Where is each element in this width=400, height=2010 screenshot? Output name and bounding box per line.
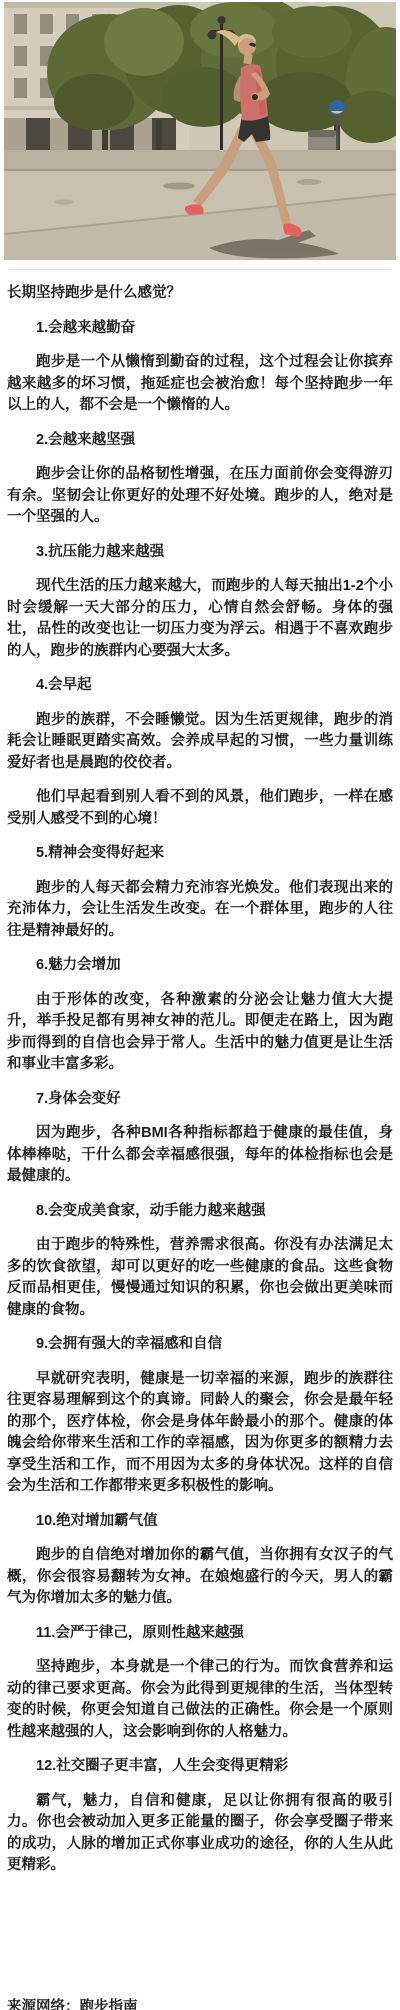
section-heading-7: 7.身体会变好 xyxy=(7,1089,393,1111)
section-heading-11: 11.会严于律己，原则性越来越强 xyxy=(7,1623,393,1645)
section-paragraph: 早就研究表明，健康是一切幸福的来源，跑步的族群往往更容易理解到这个的真谛。同龄人… xyxy=(7,1369,393,1498)
section-paragraph: 现代生活的压力越来越大，而跑步的人每天抽出1-2个小时会缓解一天大部分的压力，心… xyxy=(7,576,393,662)
article-body: 长期坚持跑步是什么感觉？ 1.会越来越勤奋 跑步是一个从懒惰到勤奋的过程，这个过… xyxy=(0,270,400,1877)
section-paragraph: 因为跑步，各种BMI各种指标都趋于健康的最佳值，身体棒棒哒，干什么都会幸福感很强… xyxy=(7,1123,393,1188)
section-heading-2: 2.会越来越坚强 xyxy=(7,430,393,452)
section-heading-4: 4.会早起 xyxy=(7,675,393,697)
runner-street-scene xyxy=(4,2,396,260)
section-heading-6: 6.魅力会增加 xyxy=(7,955,393,977)
section-heading-3: 3.抗压能力越来越强 xyxy=(7,542,393,564)
section-paragraph: 坚持跑步，本身就是一个律己的行为。而饮食营养和运动的律己要求更高。你会为此得到更… xyxy=(7,1657,393,1743)
section-heading-5: 5.精神会变得好起来 xyxy=(7,843,393,865)
section-paragraph: 跑步会让你的品格韧性增强，在压力面前你会变得游刃有余。坚韧会让你更好的处理不好处… xyxy=(7,464,393,529)
section-heading-1: 1.会越来越勤奋 xyxy=(7,318,393,340)
section-paragraph: 由于形体的改变，各种激素的分泌会让魅力值大大提升，举手投足都有男神女神的范儿。即… xyxy=(7,990,393,1076)
section-paragraph: 跑步的人每天都会精力充沛容光焕发。他们表现出来的充沛体力，会让生活发生改变。在一… xyxy=(7,878,393,943)
source-line: 来源网络：跑步指南 xyxy=(7,1997,138,2010)
section-heading-9: 9.会拥有强大的幸福感和自信 xyxy=(7,1334,393,1356)
section-paragraph: 他们早起看到别人看不到的风景，他们跑步，一样在感受别人感受不到的心境！ xyxy=(7,787,393,830)
section-paragraph: 跑步的自信绝对增加你的霸气值，当你拥有女汉子的气概，你会很容易翻转为女神。在娘炮… xyxy=(7,1545,393,1610)
section-paragraph: 跑步的族群，不会睡懒觉。因为生活更规律，跑步的消耗会让睡眠更踏实高效。会养成早起… xyxy=(7,710,393,775)
section-paragraph: 霸气，魅力，自信和健康，足以让你拥有很高的吸引力。你也会被动加入更多正能量的圈子… xyxy=(7,1791,393,1877)
section-heading-8: 8.会变成美食家，动手能力越来越强 xyxy=(7,1201,393,1223)
hero-photo-runner xyxy=(4,2,396,260)
section-paragraph: 由于跑步的特殊性，营养需求很高。你没有办法满足太多的饮食欲望，却可以更好的吃一些… xyxy=(7,1235,393,1321)
article-title: 长期坚持跑步是什么感觉？ xyxy=(7,283,393,305)
section-heading-12: 12.社交圈子更丰富，人生会变得更精彩 xyxy=(7,1756,393,1778)
article-page: 长期坚持跑步是什么感觉？ 1.会越来越勤奋 跑步是一个从懒惰到勤奋的过程，这个过… xyxy=(0,0,400,2010)
section-heading-10: 10.绝对增加霸气值 xyxy=(7,1511,393,1533)
section-paragraph: 跑步是一个从懒惰到勤奋的过程，这个过程会让你摈弃越来越多的坏习惯，拖延症也会被治… xyxy=(7,352,393,417)
